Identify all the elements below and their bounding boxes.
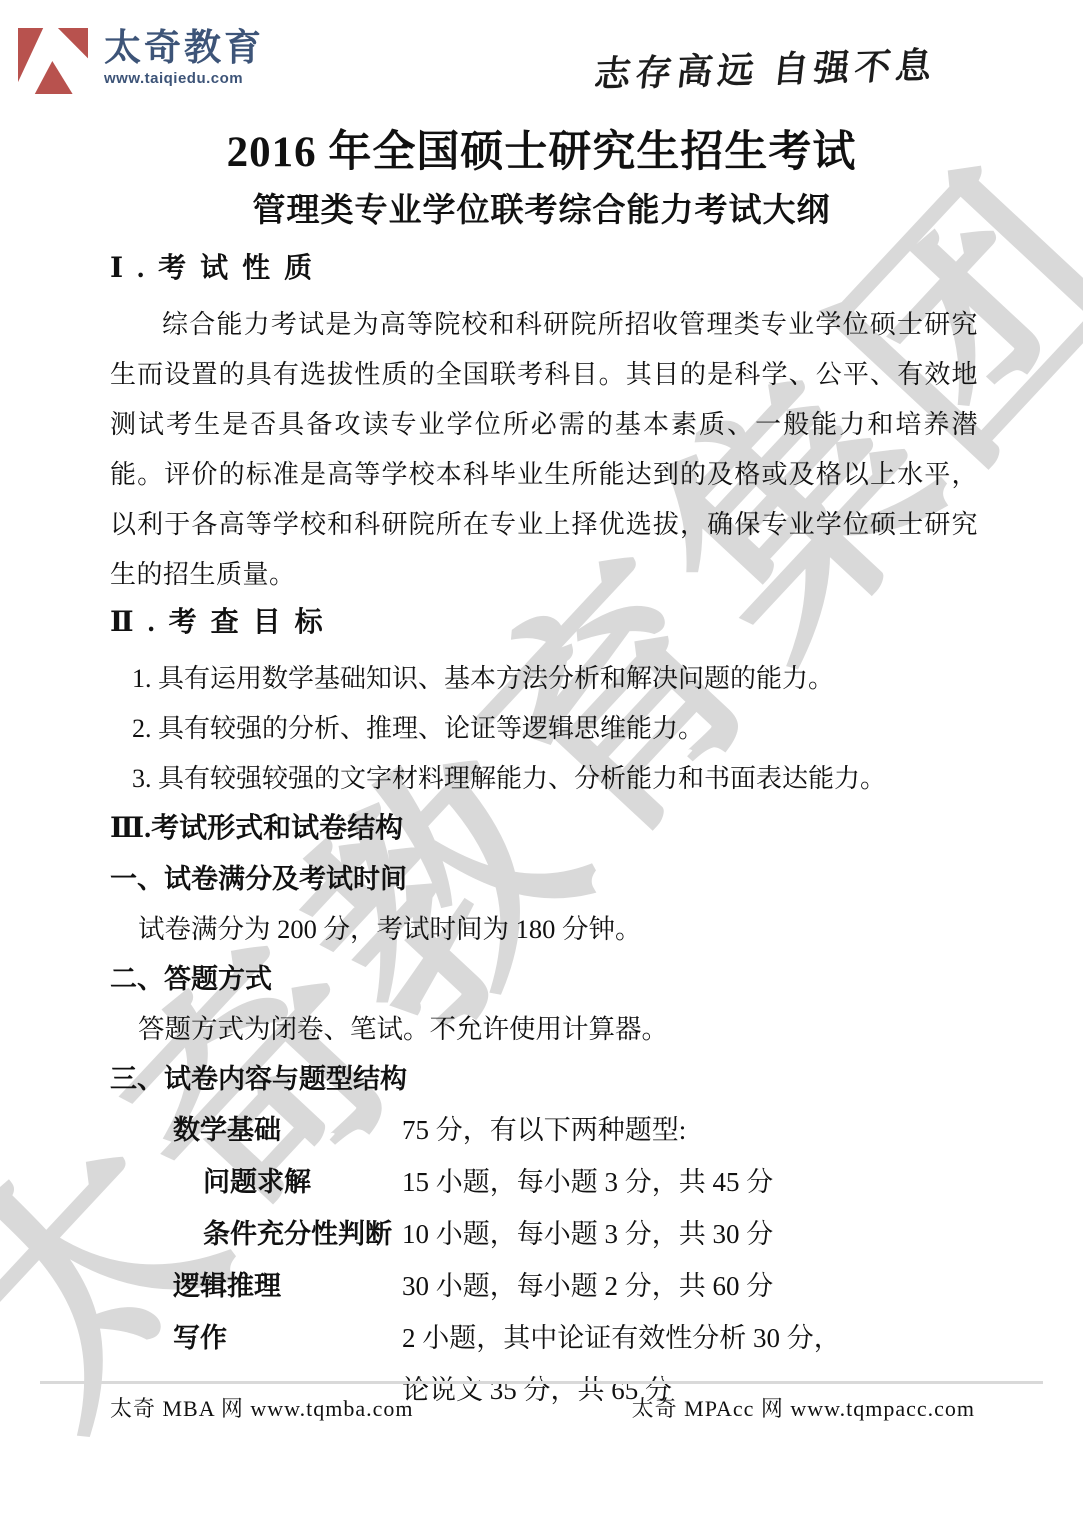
footer-left-site: 太奇 MBA 网 www.tqmba.com (110, 1392, 414, 1423)
taiqi-logo-icon (18, 28, 88, 94)
objective-item-2: 2. 具有较强的分析、推理、论证等逻辑思维能力。 (110, 704, 978, 754)
table-row: 数学基础 75 分，有以下两种题型: (173, 1104, 978, 1156)
row-desc: 30 小题，每小题 2 分，共 60 分 (402, 1260, 978, 1312)
subsection1-heading: 一、试卷满分及考试时间 (110, 854, 978, 904)
table-row: 逻辑推理 30 小题，每小题 2 分，共 60 分 (173, 1260, 978, 1312)
section2-heading: Ⅱ.考查目标 (110, 600, 978, 646)
row-desc: 75 分，有以下两种题型: (402, 1104, 978, 1156)
footer-right-site: 太奇 MPAcc 网 www.tqmpacc.com (632, 1392, 975, 1423)
slogan-calligraphy: 志存高远 自强不息 (592, 37, 940, 97)
brand-name: 太奇教育 (104, 28, 264, 68)
table-row: 问题求解 15 小题，每小题 3 分，共 45 分 (173, 1156, 978, 1208)
subsection2-heading: 二、答题方式 (110, 954, 978, 1004)
table-row: 写作 2 小题，其中论证有效性分析 30 分， (173, 1312, 978, 1364)
subsection1-body: 试卷满分为 200 分，考试时间为 180 分钟。 (110, 904, 978, 954)
section1-paragraph: 综合能力考试是为高等院校和科研院所招收管理类专业学位硕士研究生而设置的具有选拔性… (110, 300, 978, 600)
doc-subtitle: 管理类专业学位联考综合能力考试大纲 (0, 184, 1083, 231)
exam-structure-table: 数学基础 75 分，有以下两种题型: 问题求解 15 小题，每小题 3 分，共 … (173, 1104, 978, 1416)
row-label: 问题求解 (173, 1156, 402, 1208)
subsection3-heading: 三、试卷内容与题型结构 (110, 1054, 978, 1104)
footer-divider (40, 1381, 1043, 1384)
section1-heading: Ⅰ.考试性质 (110, 246, 978, 292)
row-label: 逻辑推理 (173, 1260, 402, 1312)
row-label: 数学基础 (173, 1104, 402, 1156)
row-desc: 15 小题，每小题 3 分，共 45 分 (402, 1156, 978, 1208)
document-page: 太奇教育集团 太奇教育 www.taiqiedu.com 志存高远 自强不息 2… (0, 0, 1083, 1518)
brand-url: www.taiqiedu.com (104, 70, 264, 87)
doc-body: Ⅰ.考试性质 综合能力考试是为高等院校和科研院所招收管理类专业学位硕士研究生而设… (110, 246, 978, 1416)
section3-heading: Ⅲ.考试形式和试卷结构 (110, 804, 978, 854)
objective-item-1: 1. 具有运用数学基础知识、基本方法分析和解决问题的能力。 (110, 654, 978, 704)
objective-item-3: 3. 具有较强较强的文字材料理解能力、分析能力和书面表达能力。 (110, 754, 978, 804)
row-desc: 2 小题，其中论证有效性分析 30 分， (402, 1312, 978, 1364)
row-desc: 10 小题，每小题 3 分，共 30 分 (402, 1208, 978, 1260)
subsection2-body: 答题方式为闭卷、笔试。不允许使用计算器。 (110, 1004, 978, 1054)
row-label: 写作 (173, 1312, 402, 1364)
brand-block: 太奇教育 www.taiqiedu.com (104, 28, 264, 87)
row-label: 条件充分性判断 (173, 1208, 402, 1260)
doc-title: 2016 年全国硕士研究生招生考试 (0, 118, 1083, 179)
table-row: 条件充分性判断 10 小题，每小题 3 分，共 30 分 (173, 1208, 978, 1260)
